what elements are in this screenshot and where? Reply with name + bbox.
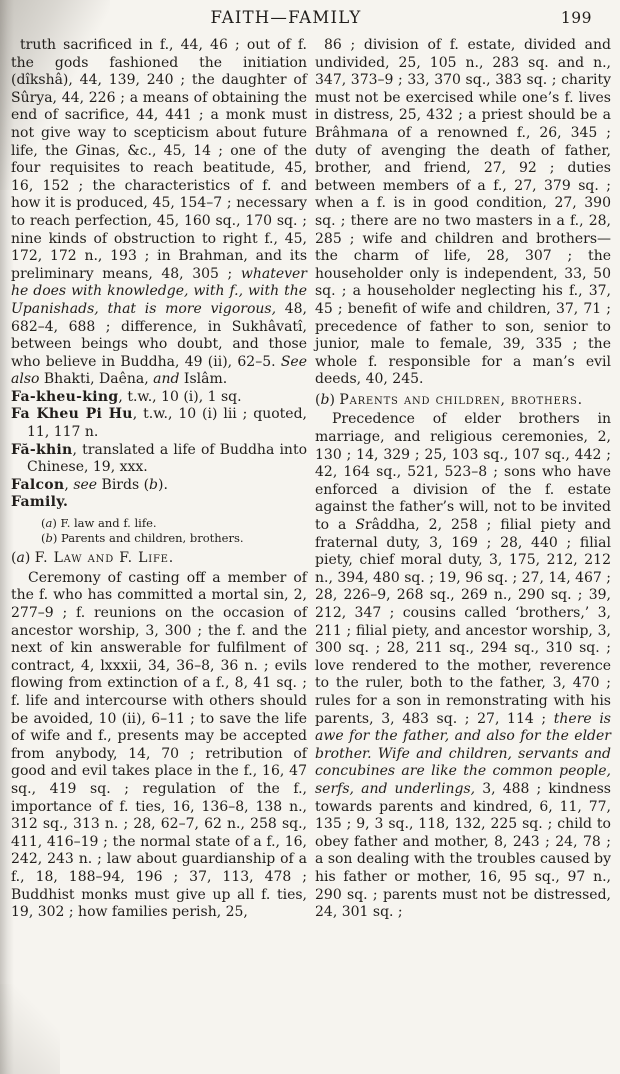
- text-run: 3, 488 ; kindness towards parents and ki…: [315, 781, 611, 920]
- scanned-page: FAITH—FAMILY 199 truth sacrificed in f.,…: [0, 0, 620, 1074]
- text-run: ): [25, 550, 35, 566]
- text-run: Birds (: [97, 477, 149, 493]
- index-entry: Fă-khin, translated a life of Buddha int…: [11, 442, 307, 477]
- index-paragraph: Ceremony of casting off a member of the …: [11, 570, 307, 922]
- entry-term: Fa-kheu-king: [11, 389, 118, 405]
- text-run: ) F. law and f. life.: [52, 516, 156, 530]
- section-heading: (b) Parents and children, brothers.: [315, 392, 611, 410]
- text-run: râddha, 2, 258 ; filial piety and frater…: [315, 517, 611, 727]
- text-run: ).: [158, 477, 168, 493]
- entry-sublist: (a) F. law and f. life.(b) Parents and c…: [11, 516, 307, 545]
- text-run: Bhakti, Daêna,: [39, 371, 153, 387]
- entry-term: Family.: [11, 494, 68, 510]
- text-run: truth sacrificed in f., 44, 46 ; out of …: [11, 37, 307, 159]
- page-number: 199: [561, 9, 592, 27]
- running-head: FAITH—FAMILY 199: [0, 8, 620, 32]
- index-paragraph: 86 ; division of f. estate, divided and …: [315, 37, 611, 389]
- left-column: truth sacrificed in f., 44, 46 ; out of …: [11, 37, 307, 1074]
- index-paragraph: Precedence of elder brothers in marriage…: [315, 411, 611, 921]
- text-run: n: [371, 125, 380, 141]
- text-run: Islâm.: [179, 371, 227, 387]
- text-run: ): [329, 392, 339, 408]
- text-run: Ceremony of casting off a member of the …: [11, 570, 307, 920]
- text-run: see: [73, 477, 97, 493]
- entry-term: Fă-khin: [11, 442, 73, 458]
- text-run: a of a renowned f., 26, 345 ; duty of av…: [315, 125, 611, 387]
- text-run: F. Law and F. Life.: [35, 550, 174, 566]
- index-entry: Family.: [11, 494, 307, 512]
- text-run: and: [153, 371, 179, 387]
- right-column: 86 ; division of f. estate, divided and …: [315, 37, 611, 1074]
- index-entry: Fa Kheu Pi Hu, t.w., 10 (i) lii ; quoted…: [11, 406, 307, 441]
- section-heading: (a) F. Law and F. Life.: [11, 550, 307, 568]
- text-run: S: [355, 517, 365, 533]
- index-entry: Fa-kheu-king, t.w., 10 (i), 1 sq.: [11, 389, 307, 407]
- index-paragraph: truth sacrificed in f., 44, 46 ; out of …: [11, 37, 307, 389]
- text-run: Precedence of elder brothers in marriage…: [315, 411, 611, 533]
- text-run: Parents and children, brothers.: [339, 392, 583, 408]
- text-run: b: [46, 531, 53, 545]
- text-run: a: [16, 550, 24, 566]
- entry-term: Fa Kheu Pi Hu: [11, 406, 133, 422]
- index-entry: Falcon, see Birds (b).: [11, 477, 307, 495]
- sublist-item: (b) Parents and children, brothers.: [41, 531, 307, 546]
- text-run: ,: [64, 477, 73, 493]
- text-block: truth sacrificed in f., 44, 46 ; out of …: [11, 37, 611, 1074]
- text-run: G: [75, 143, 86, 159]
- entry-term: Falcon: [11, 477, 64, 493]
- text-run: , t.w., 10 (i), 1 sq.: [118, 389, 241, 405]
- text-run: ) Parents and children, brothers.: [53, 531, 244, 545]
- text-run: b: [149, 477, 158, 493]
- text-run: inas, &c., 45, 14 ; one of the four requ…: [11, 143, 307, 282]
- sublist-item: (a) F. law and f. life.: [41, 516, 307, 531]
- page-title: FAITH—FAMILY: [0, 8, 572, 27]
